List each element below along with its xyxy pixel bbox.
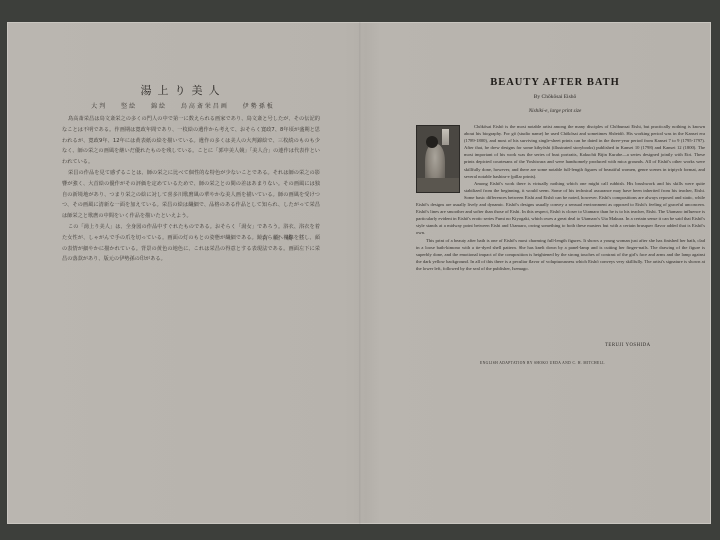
english-signature: TERUJI YOSHIDA [605,343,651,348]
floor-shape [417,178,459,192]
japanese-paragraph: 鳥高斎栄昌は鳥文斎栄之の多くの門人の中で第一に数えられる画家であり、鳥文斎と号し… [62,114,320,168]
artist-line: By Chōkōsai Eishō [407,94,703,100]
head-shape [426,136,438,148]
english-paragraph: This print of a beauty after bath is one… [416,237,705,272]
japanese-body: 鳥高斎栄昌は鳥文斎栄之の多くの門人の中で第一に数えられる画家であり、鳥文斎と号し… [62,114,320,265]
print-thumbnail-image [416,125,460,193]
japanese-title: 湯上り美人 [7,82,359,98]
page-fold [359,22,361,524]
japanese-paragraph: 栄昌の作品を見て感ずることは、師の栄之に比べて個性的な特色が少ないことである。そ… [62,168,320,222]
japanese-paragraph: この「湯上り美人」は、全身図の作品中すぐれたものである。おそらく「湯女」であろう… [62,222,320,265]
japanese-signature: 吉田暎二 [262,233,310,242]
lamp-shape [442,129,449,145]
paper-sheet: 湯上り美人 大判 竪絵 錦絵 鳥高斎栄昌画 伊勢孫板 鳥高斎栄昌は鳥文斎栄之の多… [7,22,711,524]
translation-credit: ENGLISH ADAPTATION BY SHOKO UEDA AND C. … [480,361,605,365]
english-title: BEAUTY AFTER BATH [407,77,703,88]
format-line: Nishiki-e, large print size [407,108,703,114]
japanese-byline: 大判 竪絵 錦絵 鳥高斎栄昌画 伊勢孫板 [7,101,359,110]
english-body: Chōkōsai Eishō is the most notable artis… [416,123,705,272]
